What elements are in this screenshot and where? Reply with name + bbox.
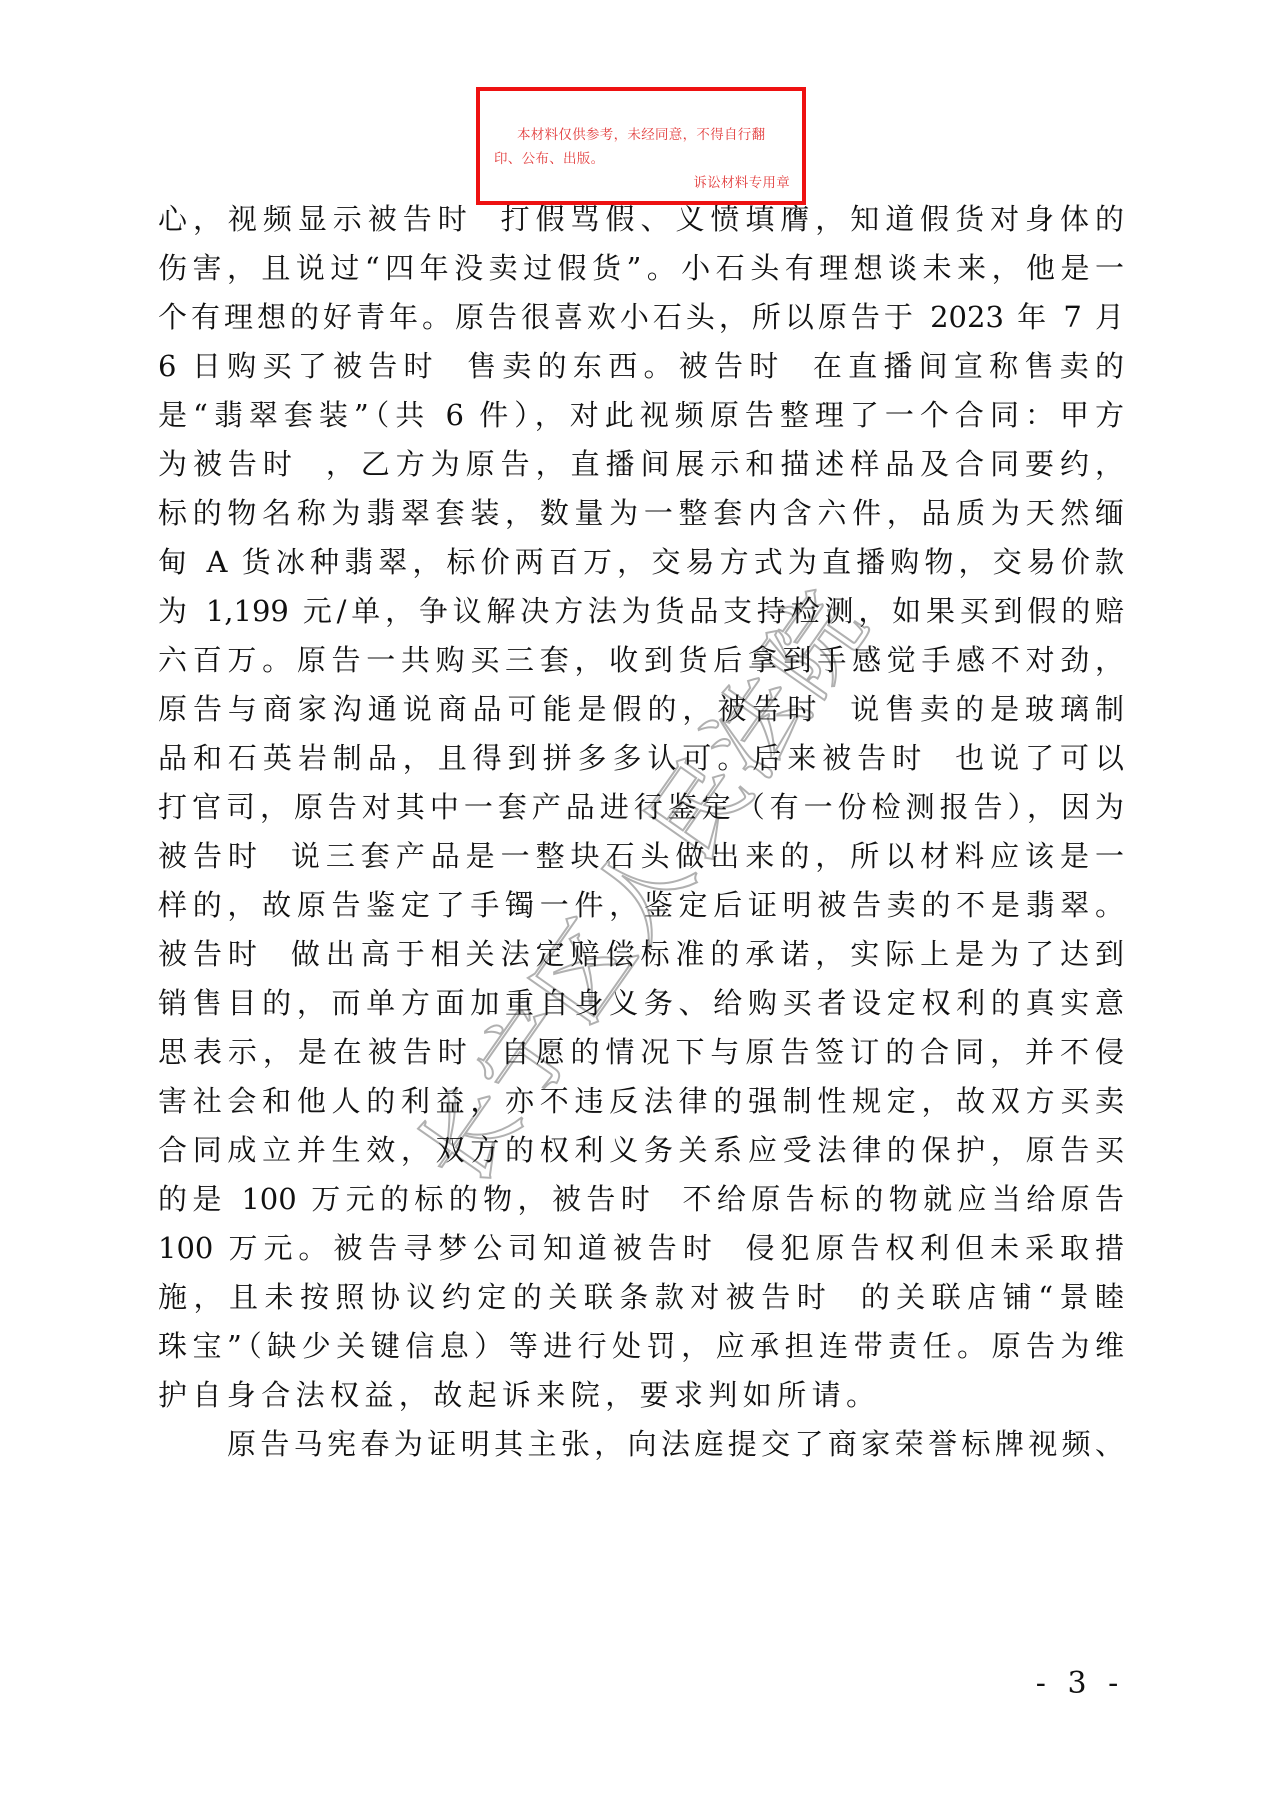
litigation-material-stamp: 本材料仅供参考，未经同意，不得自行翻印、公布、出版。 诉讼材料专用章 — [476, 87, 806, 205]
redacted-name — [473, 1042, 495, 1062]
text-line: 是“翡翠套装”（共 6 件），对此视频原告整理了一个合同：甲方 — [158, 391, 1124, 440]
redacted-name — [298, 454, 320, 474]
text-line: 样的，故原告鉴定了手镯一件，鉴定后证明被告卖的不是翡翠。 — [158, 881, 1124, 930]
redacted-name — [263, 846, 285, 866]
text-line: 标的物名称为翡翠套装，数量为一整套内含六件，品质为天然缅 — [158, 489, 1124, 538]
stamp-notice-text: 本材料仅供参考，未经同意，不得自行翻印、公布、出版。 — [494, 123, 790, 171]
text-line: 100 万元。被告寻梦公司知道被告时侵犯原告权利但未采取措 — [158, 1224, 1124, 1273]
text-line: 珠宝”（缺少关键信息）等进行处罚，应承担连带责任。原告为维 — [158, 1322, 1124, 1371]
text-line: 为 1,199 元/单，争议解决方法为货品支持检测，如果买到假的赔 — [158, 587, 1124, 636]
text-line-new-paragraph: 原告马宪春为证明其主张，向法庭提交了商家荣誉标牌视频、 — [158, 1420, 1124, 1469]
document-body: 心，视频显示被告时打假骂假、义愤填膺，知道假货对身体的 伤害，且说过“四年没卖过… — [158, 195, 1124, 1469]
text-line: 个有理想的好青年。原告很喜欢小石头，所以原告于 2023 年 7 月 — [158, 293, 1124, 342]
page-number: - 3 - — [1030, 1664, 1130, 1704]
text-line: 的是 100 万元的标的物，被告时不给原告标的物就应当给原告 — [158, 1175, 1124, 1224]
redacted-name — [785, 356, 807, 376]
redacted-name — [263, 944, 285, 964]
text-line: 害社会和他人的利益，亦不违反法律的强制性规定，故双方买卖 — [158, 1077, 1124, 1126]
redacted-name — [832, 1287, 854, 1307]
text-line: 伤害，且说过“四年没卖过假货”。小石头有理想谈未来，他是一 — [158, 244, 1124, 293]
stamp-signature: 诉讼材料专用章 — [693, 171, 790, 191]
text-line: 思表示，是在被告时自愿的情况下与原告签订的合同，并不侵 — [158, 1028, 1124, 1077]
text-line: 6 日购买了被告时售卖的东西。被告时在直播间宣称售卖的 — [158, 342, 1124, 391]
text-line-paragraph-end: 护自身合法权益，故起诉来院，要求判如所请。 — [158, 1371, 1124, 1420]
redacted-name — [822, 699, 844, 719]
text-line: 为被告时，乙方为原告，直播间展示和描述样品及合同要约， — [158, 440, 1124, 489]
text-line: 施，且未按照协议约定的关联条款对被告时的关联店铺“景睦 — [158, 1273, 1124, 1322]
document-page: 本材料仅供参考，未经同意，不得自行翻印、公布、出版。 诉讼材料专用章 长宁区人民… — [0, 0, 1280, 1811]
text-line: 合同成立并生效，双方的权利义务关系应受法律的保护，原告买 — [158, 1126, 1124, 1175]
redacted-name — [439, 356, 461, 376]
text-line: 原告与商家沟通说商品可能是假的，被告时说售卖的是玻璃制 — [158, 685, 1124, 734]
redacted-name — [927, 748, 949, 768]
text-line: 销售目的，而单方面加重自身义务、给购买者设定权利的真实意 — [158, 979, 1124, 1028]
text-line: 六百万。原告一共购买三套，收到货后拿到手感觉手感不对劲， — [158, 636, 1124, 685]
text-line: 甸 A 货冰种翡翠，标价两百万，交易方式为直播购物，交易价款 — [158, 538, 1124, 587]
text-line: 打官司，原告对其中一套产品进行鉴定（有一份检测报告），因为 — [158, 783, 1124, 832]
text-line: 被告时说三套产品是一整块石头做出来的，所以材料应该是一 — [158, 832, 1124, 881]
text-line: 被告时做出高于相关法定赔偿标准的承诺，实际上是为了达到 — [158, 930, 1124, 979]
redacted-name — [473, 209, 495, 229]
text-line: 品和石英岩制品，且得到拼多多认可。后来被告时也说了可以 — [158, 734, 1124, 783]
redacted-name — [718, 1238, 740, 1258]
redacted-name — [655, 1189, 677, 1209]
